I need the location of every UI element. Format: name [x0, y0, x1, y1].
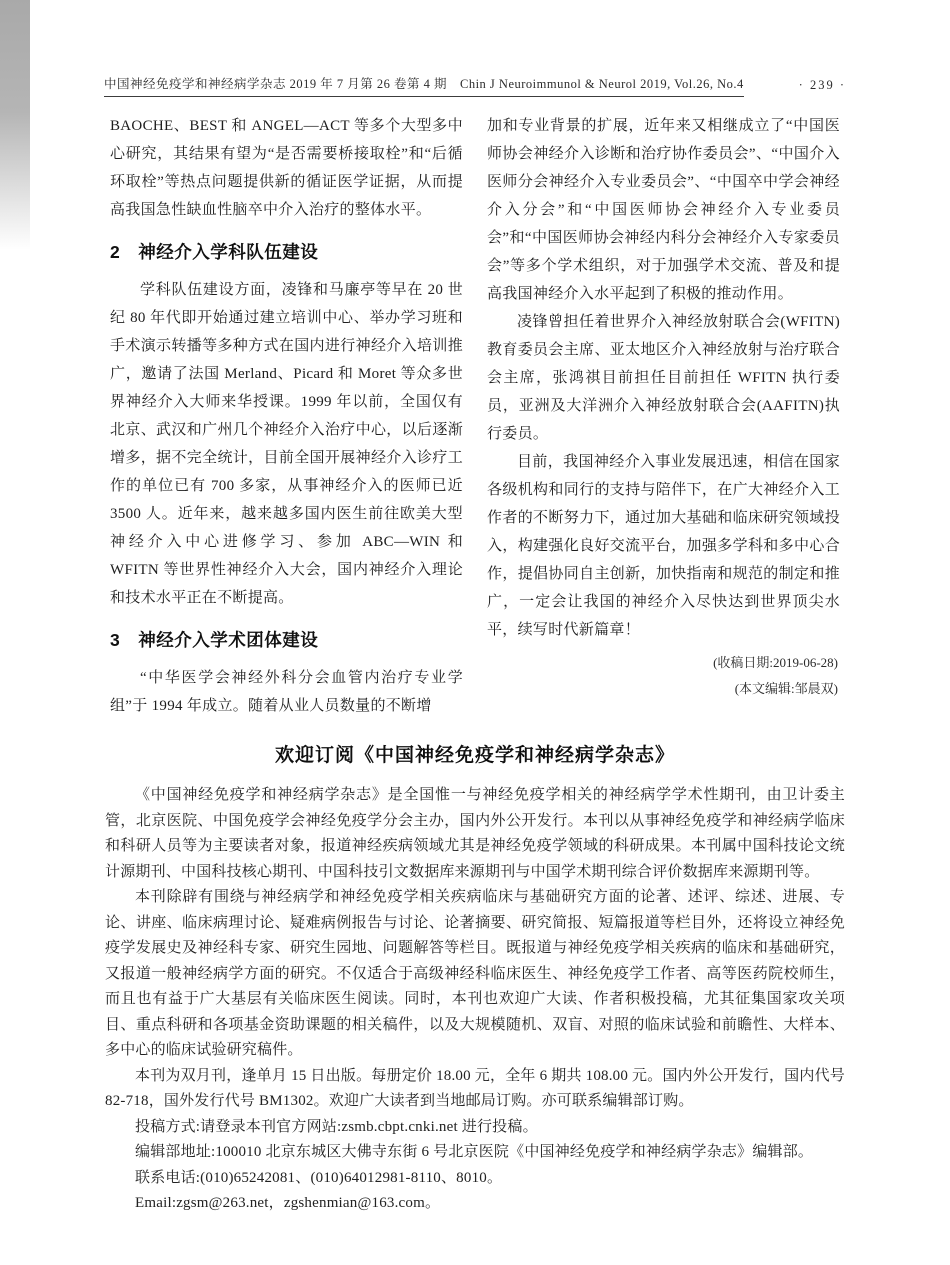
page-number: · 239 · — [799, 78, 846, 97]
received-date: (收稿日期:2019-06-28) — [487, 650, 840, 676]
notice-paragraph-2: 本刊除辟有围绕与神经病学和神经免疫学相关疾病临床与基础研究方面的论著、述评、综述… — [105, 885, 845, 1064]
section-3-paragraph: “中华医学会神经外科分会血管内治疗专业学组”于 1994 年成立。随着从业人员数… — [110, 664, 463, 720]
submission-line: 投稿方式:请登录本刊官方网站:zsmb.cbpt.cnki.net 进行投稿。 — [105, 1115, 845, 1141]
paragraph: 凌锋曾担任着世界介入神经放射联合会(WFITN)教育委员会主席、亚太地区介入神经… — [487, 308, 840, 448]
section-2-paragraph: 学科队伍建设方面，凌锋和马廉亭等早在 20 世纪 80 年代即开始通过建立培训中… — [110, 276, 463, 612]
paragraph-continued: 加和专业背景的扩展，近年来又相继成立了“中国医师协会神经介入诊断和治疗协作委员会… — [487, 112, 840, 308]
left-column: BAOCHE、BEST 和 ANGEL—ACT 等多个大型多中心研究，其结果有望… — [110, 112, 463, 720]
scan-edge-artifact — [0, 0, 30, 250]
subscription-notice: 欢迎订阅《中国神经免疫学和神经病学杂志》 《中国神经免疫学和神经病学杂志》是全国… — [105, 740, 845, 1217]
article-columns: BAOCHE、BEST 和 ANGEL—ACT 等多个大型多中心研究，其结果有望… — [110, 112, 840, 720]
editor-note: (本文编辑:邹晨双) — [487, 676, 840, 702]
article-meta: (收稿日期:2019-06-28) (本文编辑:邹晨双) — [487, 650, 840, 702]
paragraph-continued: BAOCHE、BEST 和 ANGEL—ACT 等多个大型多中心研究，其结果有望… — [110, 112, 463, 224]
phone-line: 联系电话:(010)65242081、(010)64012981-8110、80… — [105, 1166, 845, 1192]
notice-title: 欢迎订阅《中国神经免疫学和神经病学杂志》 — [105, 740, 845, 767]
notice-paragraph-3: 本刊为双月刊，逢单月 15 日出版。每册定价 18.00 元，全年 6 期共 1… — [105, 1064, 845, 1115]
address-line: 编辑部地址:100010 北京东城区大佛寺东街 6 号北京医院《中国神经免疫学和… — [105, 1140, 845, 1166]
email-line: Email:zgsm@263.net，zgshenmian@163.com。 — [105, 1191, 845, 1217]
section-heading-3: 3 神经介入学术团体建设 — [110, 627, 463, 652]
right-column: 加和专业背景的扩展，近年来又相继成立了“中国医师协会神经介入诊断和治疗协作委员会… — [487, 112, 840, 720]
section-heading-2: 2 神经介入学科队伍建设 — [110, 239, 463, 264]
journal-header-line: 中国神经免疫学和神经病学杂志 2019 年 7 月第 26 卷第 4 期 Chi… — [104, 74, 744, 97]
notice-paragraph-1: 《中国神经免疫学和神经病学杂志》是全国惟一与神经免疫学相关的神经病学学术性期刊，… — [105, 783, 845, 885]
paragraph: 目前，我国神经介入事业发展迅速，相信在国家各级机构和同行的支持与陪伴下，在广大神… — [487, 448, 840, 644]
page-header: 中国神经免疫学和神经病学杂志 2019 年 7 月第 26 卷第 4 期 Chi… — [104, 74, 846, 97]
